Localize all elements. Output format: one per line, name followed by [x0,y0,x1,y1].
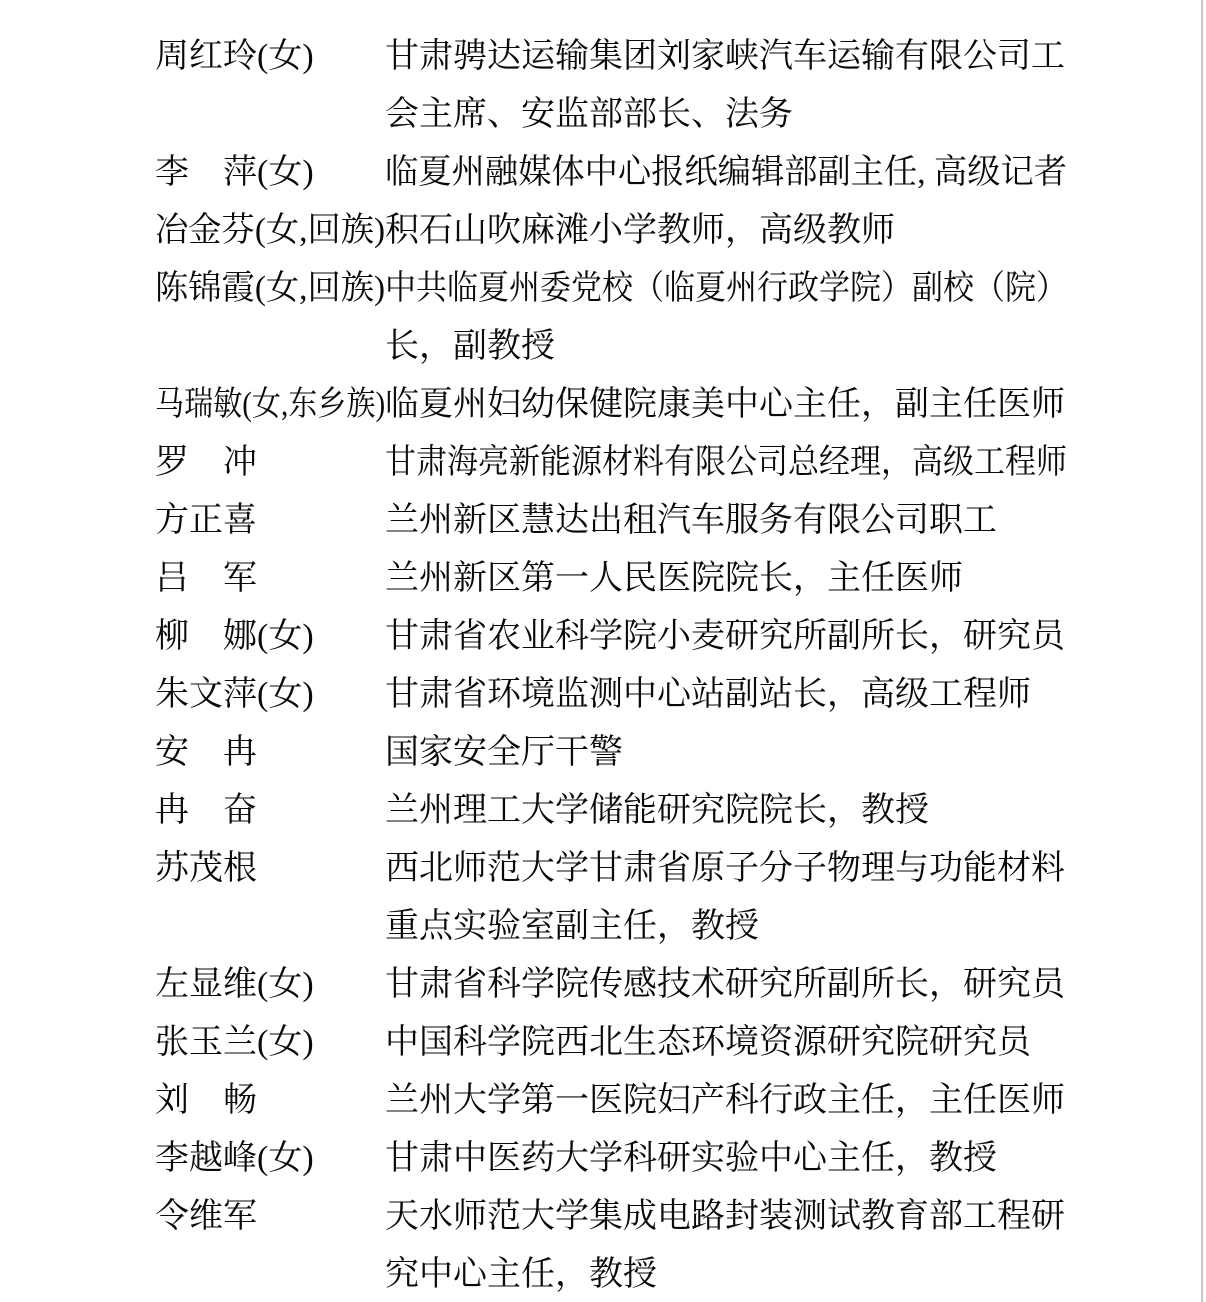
person-title: 兰州新区慧达出租汽车服务有限公司职工 [385,492,1067,550]
document-page: 周红玲(女)甘肃骋达运输集团刘家峡汽车运输有限公司工会主席、安监部部长、法务李 … [0,0,1206,1302]
person-name: 柳 娜(女) [155,608,385,666]
roster-row: 吕 军兰州新区第一人民医院院长，主任医师 [155,550,1067,608]
person-title: 兰州理工大学储能研究院院长，教授 [385,782,1067,840]
person-name: 李 萍(女) [155,144,385,202]
person-title: 天水师范大学集成电路封装测试教育部工程研究中心主任，教授 [385,1188,1067,1302]
person-title: 兰州大学第一医院妇产科行政主任，主任医师 [385,1072,1067,1130]
roster-row: 令维军天水师范大学集成电路封装测试教育部工程研究中心主任，教授 [155,1188,1067,1302]
title-line: 中共临夏州委党校（临夏州行政学院）副校（院） [385,260,1007,318]
roster-row: 刘 畅兰州大学第一医院妇产科行政主任，主任医师 [155,1072,1067,1130]
person-title: 甘肃海亮新能源材料有限公司总经理，高级工程师 [385,434,1067,492]
person-title: 兰州新区第一人民医院院长，主任医师 [385,550,1067,608]
person-title: 临夏州妇幼保健院康美中心主任，副主任医师 [385,376,1067,434]
person-title: 甘肃省环境监测中心站副站长，高级工程师 [385,666,1067,724]
person-title: 中国科学院西北生态环境资源研究院研究员 [385,1014,1067,1072]
person-name: 苏茂根 [155,840,385,898]
page-edge-line [1201,0,1203,1302]
person-name: 冶金芬(女,回族) [155,202,380,260]
person-name: 安 冉 [155,724,385,782]
roster-row: 方正喜兰州新区慧达出租汽车服务有限公司职工 [155,492,1067,550]
title-line: 积石山吹麻滩小学教师，高级教师 [385,202,1067,260]
person-title: 西北师范大学甘肃省原子分子物理与功能材料重点实验室副主任，教授 [385,840,1067,956]
title-line: 西北师范大学甘肃省原子分子物理与功能材料 [385,840,1067,898]
person-name: 周红玲(女) [155,28,385,86]
person-title: 临夏州融媒体中心报纸编辑部副主任, 高级记者 [385,144,1067,202]
person-name: 李越峰(女) [155,1130,385,1188]
title-line: 中国科学院西北生态环境资源研究院研究员 [385,1014,1067,1072]
title-line: 兰州新区第一人民医院院长，主任医师 [385,550,1067,608]
person-title: 国家安全厅干警 [385,724,1067,782]
title-line: 甘肃骋达运输集团刘家峡汽车运输有限公司工 [385,28,1067,86]
awardee-roster: 周红玲(女)甘肃骋达运输集团刘家峡汽车运输有限公司工会主席、安监部部长、法务李 … [155,28,1067,1302]
roster-row: 朱文萍(女)甘肃省环境监测中心站副站长，高级工程师 [155,666,1067,724]
person-name: 令维军 [155,1188,385,1246]
person-name: 刘 畅 [155,1072,385,1130]
person-name: 陈锦霞(女,回族) [155,260,380,318]
title-line: 临夏州妇幼保健院康美中心主任，副主任医师 [385,376,1067,434]
title-line: 究中心主任，教授 [385,1246,1067,1302]
title-line: 天水师范大学集成电路封装测试教育部工程研 [385,1188,1067,1246]
roster-row: 冶金芬(女,回族)积石山吹麻滩小学教师，高级教师 [155,202,1067,260]
person-name: 左显维(女) [155,956,385,1014]
roster-row: 张玉兰(女)中国科学院西北生态环境资源研究院研究员 [155,1014,1067,1072]
title-line: 甘肃省农业科学院小麦研究所副所长，研究员 [385,608,1067,666]
person-title: 中共临夏州委党校（临夏州行政学院）副校（院）长，副教授 [385,260,1067,376]
person-name: 冉 奋 [155,782,385,840]
person-name: 方正喜 [155,492,385,550]
person-title: 甘肃中医药大学科研实验中心主任，教授 [385,1130,1067,1188]
roster-row: 苏茂根西北师范大学甘肃省原子分子物理与功能材料重点实验室副主任，教授 [155,840,1067,956]
roster-row: 左显维(女)甘肃省科学院传感技术研究所副所长，研究员 [155,956,1067,1014]
person-title: 甘肃省科学院传感技术研究所副所长，研究员 [385,956,1067,1014]
roster-row: 马瑞敏(女,东乡族)临夏州妇幼保健院康美中心主任，副主任医师 [155,376,1067,434]
roster-row: 柳 娜(女)甘肃省农业科学院小麦研究所副所长，研究员 [155,608,1067,666]
person-name: 张玉兰(女) [155,1014,385,1072]
roster-row: 李 萍(女)临夏州融媒体中心报纸编辑部副主任, 高级记者 [155,144,1067,202]
roster-row: 李越峰(女)甘肃中医药大学科研实验中心主任，教授 [155,1130,1067,1188]
person-title: 甘肃省农业科学院小麦研究所副所长，研究员 [385,608,1067,666]
roster-row: 陈锦霞(女,回族)中共临夏州委党校（临夏州行政学院）副校（院）长，副教授 [155,260,1067,376]
person-title: 积石山吹麻滩小学教师，高级教师 [385,202,1067,260]
title-line: 长，副教授 [385,318,1067,376]
roster-row: 罗 冲甘肃海亮新能源材料有限公司总经理，高级工程师 [155,434,1067,492]
person-title: 甘肃骋达运输集团刘家峡汽车运输有限公司工会主席、安监部部长、法务 [385,28,1067,144]
roster-row: 安 冉国家安全厅干警 [155,724,1067,782]
person-name: 朱文萍(女) [155,666,385,724]
title-line: 甘肃省科学院传感技术研究所副所长，研究员 [385,956,1067,1014]
person-name: 马瑞敏(女,东乡族) [155,376,352,434]
roster-row: 周红玲(女)甘肃骋达运输集团刘家峡汽车运输有限公司工会主席、安监部部长、法务 [155,28,1067,144]
roster-row: 冉 奋兰州理工大学储能研究院院长，教授 [155,782,1067,840]
title-line: 兰州新区慧达出租汽车服务有限公司职工 [385,492,1067,550]
title-line: 甘肃海亮新能源材料有限公司总经理，高级工程师 [385,434,1007,492]
title-line: 临夏州融媒体中心报纸编辑部副主任, 高级记者 [385,144,1052,202]
title-line: 甘肃中医药大学科研实验中心主任，教授 [385,1130,1067,1188]
title-line: 兰州大学第一医院妇产科行政主任，主任医师 [385,1072,1067,1130]
title-line: 重点实验室副主任，教授 [385,898,1067,956]
person-name: 吕 军 [155,550,385,608]
person-name: 罗 冲 [155,434,385,492]
title-line: 兰州理工大学储能研究院院长，教授 [385,782,1067,840]
title-line: 甘肃省环境监测中心站副站长，高级工程师 [385,666,1067,724]
title-line: 国家安全厅干警 [385,724,1067,782]
title-line: 会主席、安监部部长、法务 [385,86,1067,144]
